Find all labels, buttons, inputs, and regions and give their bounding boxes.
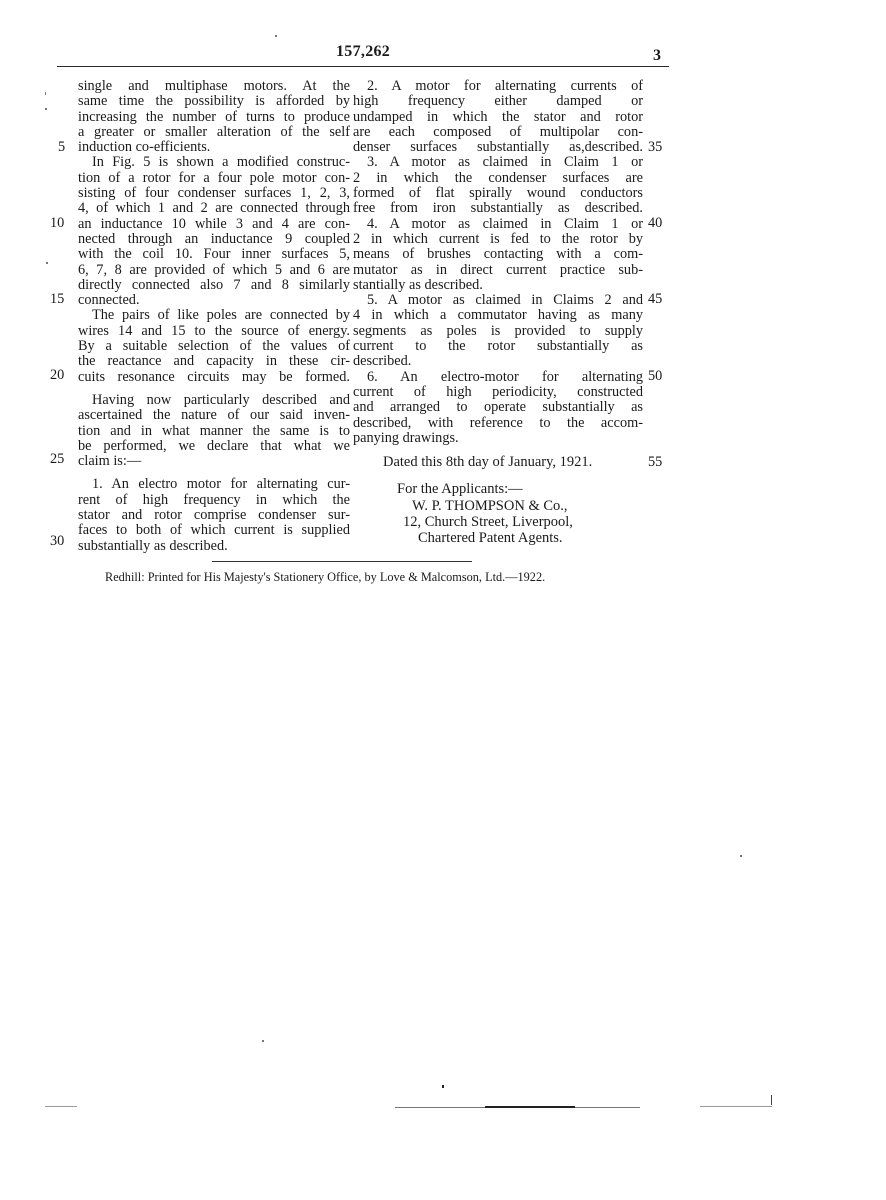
text-line: the reactance and capacity in these cir-: [78, 354, 350, 369]
line-number: 45: [648, 292, 662, 307]
text-line: ascertained the nature of our said inven…: [78, 408, 350, 423]
text-line: wires 14 and 15 to the source of energy.: [78, 324, 350, 339]
text-line: substantially as described.: [78, 539, 350, 554]
line-number: 30: [50, 534, 64, 549]
scan-speck: [262, 1040, 264, 1042]
page-number: 3: [653, 47, 661, 65]
text-line: mutator as in direct current practice su…: [353, 263, 643, 278]
scan-speck: [771, 1095, 772, 1105]
left-column: single and multiphase motors. At the sam…: [78, 79, 350, 554]
text-line: 2 in which the condenser surfaces are: [353, 171, 643, 186]
scan-speck: [740, 855, 742, 857]
patent-number: 157,262: [336, 43, 390, 61]
text-line: free from iron substantially as describe…: [353, 201, 643, 216]
text-line: same time the possibility is afforded by: [78, 94, 350, 109]
claim-5: 5. A motor as claimed in Claims 2 and: [353, 293, 643, 308]
scan-speck: [45, 108, 47, 110]
text-line: a greater or smaller alteration of the s…: [78, 125, 350, 140]
text-line: described, with reference to the accom-: [353, 416, 643, 431]
text-line: described.: [353, 354, 643, 369]
scan-line: [485, 1106, 575, 1108]
agent-address: 12, Church Street, Liverpool,: [403, 515, 573, 531]
text-line: sisting of four condenser surfaces 1, 2,…: [78, 186, 350, 201]
scan-speck: [442, 1085, 444, 1088]
text-line: high frequency either damped or: [353, 94, 643, 109]
line-number: 15: [50, 292, 64, 307]
text-line: In Fig. 5 is shown a modified construc-: [78, 155, 350, 170]
text-line: panying drawings.: [353, 431, 643, 446]
text-line: The pairs of like poles are connected by: [78, 308, 350, 323]
text-line: 4 in which a commutator having as many: [353, 308, 643, 323]
text-line: means of brushes contacting with a com-: [353, 247, 643, 262]
text-line: stantially as described.: [353, 278, 643, 293]
text-line: claim is:—: [78, 454, 350, 469]
text-line: faces to both of which current is suppli…: [78, 523, 350, 538]
printer-imprint: Redhill: Printed for His Majesty's Stati…: [105, 570, 545, 585]
text-line: increasing the number of turns to produc…: [78, 110, 350, 125]
text-line: segments as poles is provided to supply: [353, 324, 643, 339]
text-line: single and multiphase motors. At the: [78, 79, 350, 94]
scan-line: [45, 1106, 77, 1107]
right-column: 2. A motor for alternating currents of h…: [353, 79, 643, 446]
agent-role: Chartered Patent Agents.: [418, 531, 563, 547]
agent-firm: W. P. THOMPSON & Co.,: [412, 499, 568, 515]
text-line: cuits resonance circuits may be formed.: [78, 370, 350, 385]
line-number: 35: [648, 140, 662, 155]
text-line: current of high periodicity, constructed: [353, 385, 643, 400]
text-line: tion and in what manner the same is to: [78, 424, 350, 439]
line-number: 5: [58, 140, 65, 155]
line-number: 25: [50, 452, 64, 467]
claim-3: 3. A motor as claimed in Claim 1 or: [353, 155, 643, 170]
claim-2: 2. A motor for alternating currents of: [353, 79, 643, 94]
line-number: 55: [648, 455, 662, 470]
text-line: undamped in which the stator and rotor: [353, 110, 643, 125]
claim-4: 4. A motor as claimed in Claim 1 or: [353, 217, 643, 232]
line-number: 50: [648, 369, 662, 384]
header-rule: [57, 66, 669, 67]
text-line: stator and rotor comprise condenser sur-: [78, 508, 350, 523]
scan-line: [700, 1106, 772, 1107]
text-line: nected through an inductance 9 coupled: [78, 232, 350, 247]
claim-1: 1. An electro motor for alternating cur-: [78, 477, 350, 492]
text-line: denser surfaces substantially as,describ…: [353, 140, 643, 155]
text-line: induction co-efficients.: [78, 140, 350, 155]
text-line: 2 in which current is fed to the rotor b…: [353, 232, 643, 247]
for-applicants: For the Applicants:—: [397, 482, 523, 498]
text-line: connected.: [78, 293, 350, 308]
text-line: rent of high frequency in which the: [78, 493, 350, 508]
text-line: 4, of which 1 and 2 are connected throug…: [78, 201, 350, 216]
text-line: and arranged to operate substantially as: [353, 400, 643, 415]
text-line: an inductance 10 while 3 and 4 are con-: [78, 217, 350, 232]
line-number: 40: [648, 216, 662, 231]
text-line: be performed, we declare that what we: [78, 439, 350, 454]
text-line: Having now particularly described and: [78, 393, 350, 408]
text-line: formed of flat spirally wound conductors: [353, 186, 643, 201]
text-line: By a suitable selection of the values of: [78, 339, 350, 354]
text-line: with the coil 10. Four inner surfaces 5,: [78, 247, 350, 262]
text-line: 6, 7, 8 are provided of which 5 and 6 ar…: [78, 263, 350, 278]
footer-rule: [212, 561, 472, 562]
line-number: 10: [50, 216, 64, 231]
text-line: current to the rotor substantially as: [353, 339, 643, 354]
line-number: 20: [50, 368, 64, 383]
scan-speck: [46, 262, 48, 264]
text-line: tion of a rotor for a four pole motor co…: [78, 171, 350, 186]
scan-speck: [45, 92, 46, 95]
text-line: directly connected also 7 and 8 similarl…: [78, 278, 350, 293]
scan-speck: [275, 35, 277, 37]
dated-line: Dated this 8th day of January, 1921.: [383, 455, 592, 471]
text-line: are each composed of multipolar con-: [353, 125, 643, 140]
claim-6: 6. An electro-motor for alternating: [353, 370, 643, 385]
